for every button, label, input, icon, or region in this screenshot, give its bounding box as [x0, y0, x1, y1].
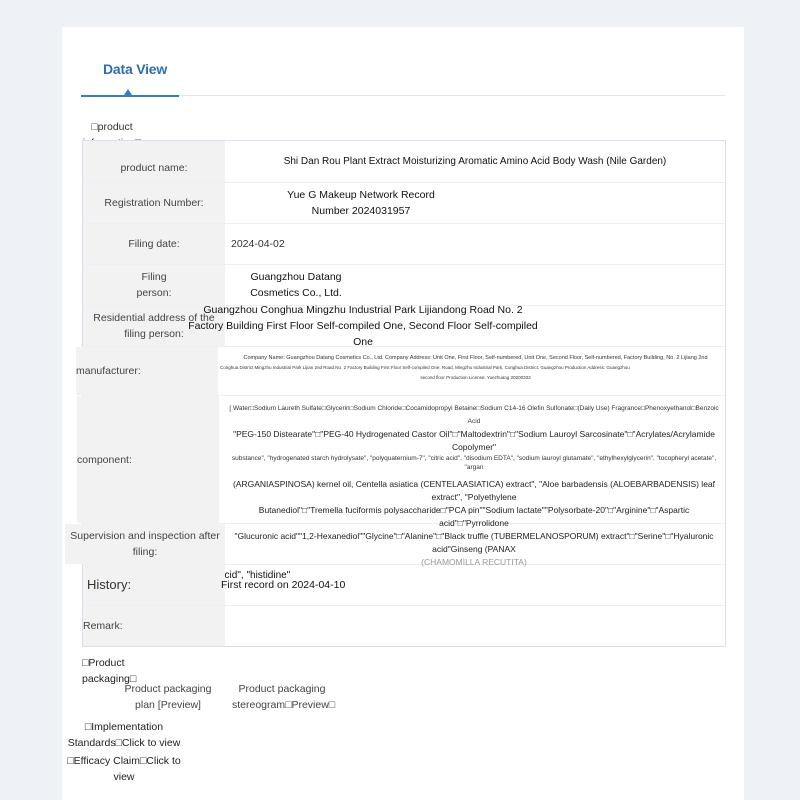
- product-name-label: product name:: [83, 141, 225, 182]
- table-row-registration-number: Registration Number: Yue G Makeup Networ…: [83, 183, 725, 224]
- manufacturer-label: manufacturer:: [76, 347, 218, 395]
- filing-person-label: Filing person:: [83, 265, 225, 305]
- tab-divider: [179, 95, 725, 96]
- component-value: [ Water□Sodium Laureth Sulfate□Glycerin□…: [219, 396, 725, 523]
- component-label: component:: [77, 396, 219, 523]
- implementation-standards-link[interactable]: □Implementation Standards□Click to view: [48, 719, 200, 751]
- tab-active-underline: [81, 95, 179, 97]
- data-view-card: Data View □product information□ product …: [62, 27, 744, 800]
- registration-number-label: Registration Number:: [83, 183, 225, 223]
- table-row-remark: Remark:: [83, 606, 725, 646]
- table-row-filing-date: Filing date: 2024-04-02: [83, 224, 725, 265]
- product-name-value: Shi Dan Rou Plant Extract Moisturizing A…: [225, 141, 725, 182]
- filing-date-label: Filing date:: [83, 224, 225, 264]
- product-info-table: product name: Shi Dan Rou Plant Extract …: [82, 140, 726, 647]
- component-line-4: (ARGANIASPINOSA) kernel oil, Centella as…: [223, 478, 725, 504]
- manufacturer-line-2: Conghua District Mingzhu Industrial Park…: [220, 363, 725, 373]
- residential-address-value: Guangzhou Conghua Mingzhu Industrial Par…: [187, 306, 547, 346]
- table-row-component: component: [ Water□Sodium Laureth Sulfat…: [83, 396, 725, 524]
- registration-number-value: Yue G Makeup Network Record Number 20240…: [225, 183, 445, 223]
- tab-data-view[interactable]: Data View: [103, 61, 167, 77]
- supervision-label: Supervision and inspection after filing:: [65, 524, 225, 564]
- supervision-value: [225, 524, 725, 564]
- table-row-product-name: product name: Shi Dan Rou Plant Extract …: [83, 141, 725, 183]
- remark-label: Remark:: [83, 606, 225, 646]
- remark-value: [225, 606, 725, 646]
- packaging-plan-preview-link[interactable]: Product packaging plan [Preview]: [118, 681, 218, 713]
- table-row-manufacturer: manufacturer: Company Name: Guangzhou Da…: [83, 347, 725, 396]
- table-row-filing-person: Filing person: Guangzhou Datang Cosmetic…: [83, 265, 725, 306]
- history-value: First record on 2024-04-10: [221, 565, 725, 605]
- table-row-supervision: Supervision and inspection after filing:: [83, 524, 725, 565]
- tab-bar: Data View: [81, 27, 725, 97]
- filing-person-value: Guangzhou Datang Cosmetics Co., Ltd.: [225, 265, 375, 305]
- efficacy-claim-link[interactable]: □Efficacy Claim□Click to view: [62, 753, 186, 785]
- component-line-1: [ Water□Sodium Laureth Sulfate□Glycerin□…: [223, 402, 725, 428]
- table-row-residential-address: Residential address of the filing person…: [83, 306, 725, 347]
- filing-date-value: 2024-04-02: [225, 224, 725, 264]
- history-label: History:: [83, 565, 225, 605]
- packaging-stereogram-preview-link[interactable]: Product packaging stereogram□Preview□: [232, 681, 332, 713]
- table-row-history: History: First record on 2024-04-10: [83, 565, 725, 606]
- manufacturer-line-1: Company Name: Guangzhou Datang Cosmetics…: [226, 353, 725, 363]
- component-line-2: "PEG-150 Distearate"□"PEG-40 Hydrogenate…: [223, 428, 725, 454]
- manufacturer-value: Company Name: Guangzhou Datang Cosmetics…: [218, 347, 725, 395]
- component-line-3: substance", "hydrogenated starch hydroly…: [223, 454, 725, 472]
- manufacturer-line-3: second floor Production License: Yuezhua…: [226, 373, 725, 383]
- product-packaging-section: □Product packaging□ Product packaging pl…: [62, 653, 744, 783]
